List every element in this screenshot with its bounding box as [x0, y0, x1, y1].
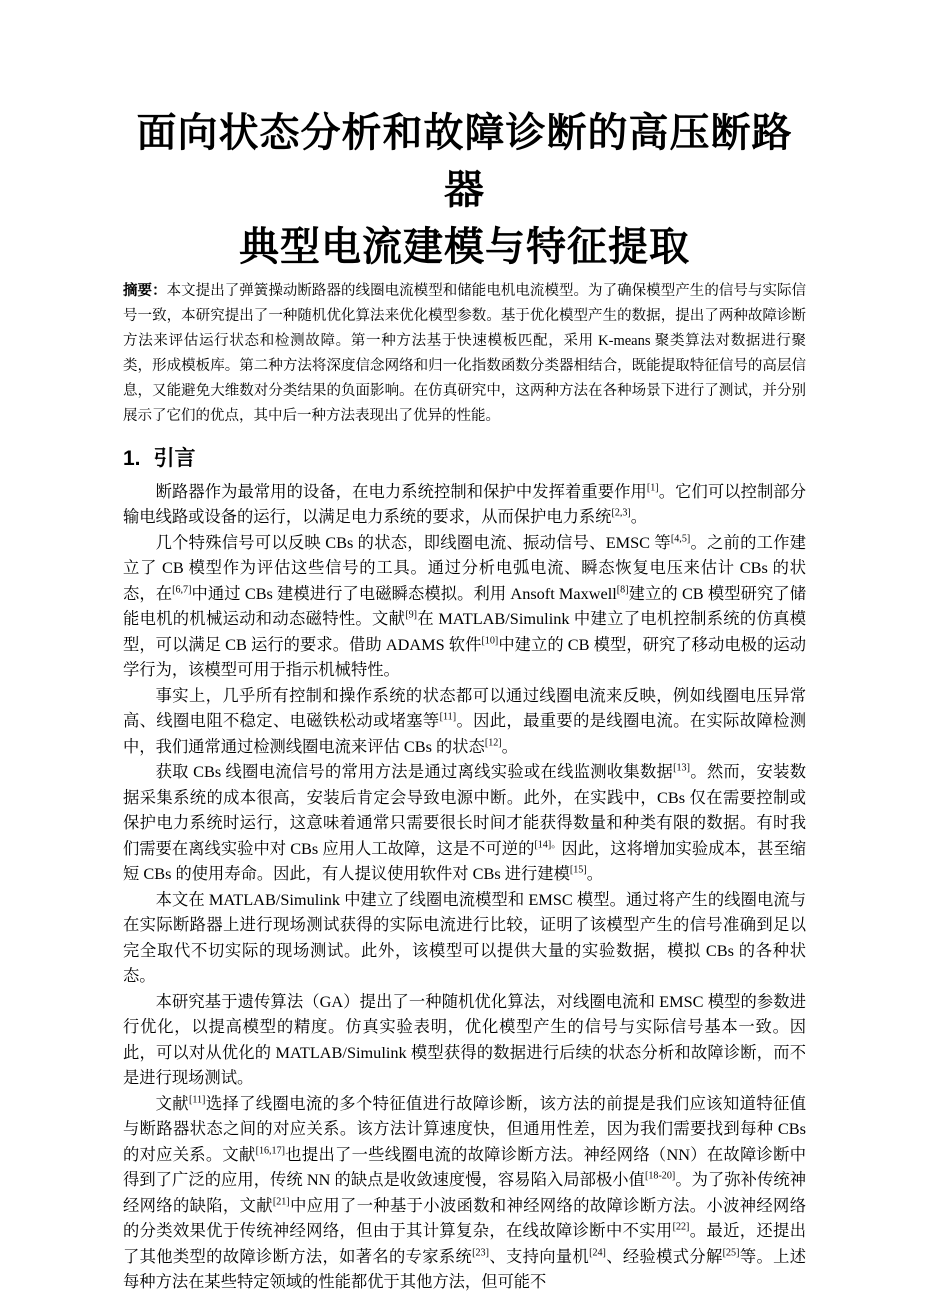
paper-page: { "document": { "title_line1": "面向状态分析和故… — [0, 0, 926, 1309]
citation-ref: [9] — [405, 610, 417, 621]
citation-ref: [11] — [440, 712, 456, 723]
citation-ref: [15] — [570, 865, 587, 876]
section-number: 1. — [123, 447, 141, 470]
citation-ref: [25] — [723, 1247, 740, 1258]
paragraph: 几个特殊信号可以反映 CBs 的状态，即线圈电流、振动信号、EMSC 等[4,5… — [123, 530, 806, 683]
citation-ref: [2,3] — [611, 508, 630, 519]
citation-ref: [23] — [472, 1247, 489, 1258]
abstract: 摘要：本文提出了弹簧操动断路器的线圈电流模型和储能电机电流模型。为了确保模型产生… — [123, 279, 806, 429]
paragraph: 本文在 MATLAB/Simulink 中建立了线圈电流模型和 EMSC 模型。… — [123, 887, 806, 989]
citation-ref: [11] — [189, 1094, 205, 1105]
citation-ref: [14]。 — [534, 839, 561, 850]
citation-ref: [8] — [617, 584, 629, 595]
citation-ref: [12] — [485, 737, 502, 748]
citation-ref: [16,17] — [256, 1145, 285, 1156]
paragraph: 文献[11]选择了线圈电流的多个特征值进行故障诊断，该方法的前提是我们应该知道特… — [123, 1091, 806, 1295]
citation-ref: [6,7] — [172, 584, 191, 595]
section-heading-introduction: 1.引言 — [123, 444, 806, 474]
intro-paragraphs: 断路器作为最常用的设备，在电力系统控制和保护中发挥着重要作用[1]。它们可以控制… — [123, 479, 806, 1295]
citation-ref: [21] — [273, 1196, 290, 1207]
page-body: 面向状态分析和故障诊断的高压断路器 典型电流建模与特征提取 摘要：本文提出了弹簧… — [0, 0, 926, 1309]
paragraph: 本研究基于遗传算法（GA）提出了一种随机优化算法，对线圈电流和 EMSC 模型的… — [123, 989, 806, 1091]
citation-ref: [18-20] — [645, 1171, 675, 1182]
citation-ref: [13] — [673, 763, 690, 774]
citation-ref: [10] — [481, 635, 498, 646]
abstract-text: 本文提出了弹簧操动断路器的线圈电流模型和储能电机电流模型。为了确保模型产生的信号… — [123, 283, 806, 424]
citation-ref: [1] — [647, 482, 659, 493]
paper-title-line2: 典型电流建模与特征提取 — [123, 219, 806, 276]
paragraph: 事实上，几乎所有控制和操作系统的状态都可以通过线圈电流来反映，例如线圈电压异常高… — [123, 683, 806, 760]
citation-ref: [24] — [589, 1247, 606, 1258]
paper-title-line1: 面向状态分析和故障诊断的高压断路器 — [123, 105, 806, 219]
section-title: 引言 — [154, 447, 196, 470]
citation-ref: [22] — [673, 1222, 690, 1233]
paragraph: 断路器作为最常用的设备，在电力系统控制和保护中发挥着重要作用[1]。它们可以控制… — [123, 479, 806, 530]
citation-ref: [4,5] — [671, 533, 690, 544]
abstract-label: 摘要： — [123, 283, 167, 299]
paper-title: 面向状态分析和故障诊断的高压断路器 典型电流建模与特征提取 — [123, 105, 806, 276]
paragraph: 获取 CBs 线圈电流信号的常用方法是通过离线实验或在线监测收集数据[13]。然… — [123, 759, 806, 887]
